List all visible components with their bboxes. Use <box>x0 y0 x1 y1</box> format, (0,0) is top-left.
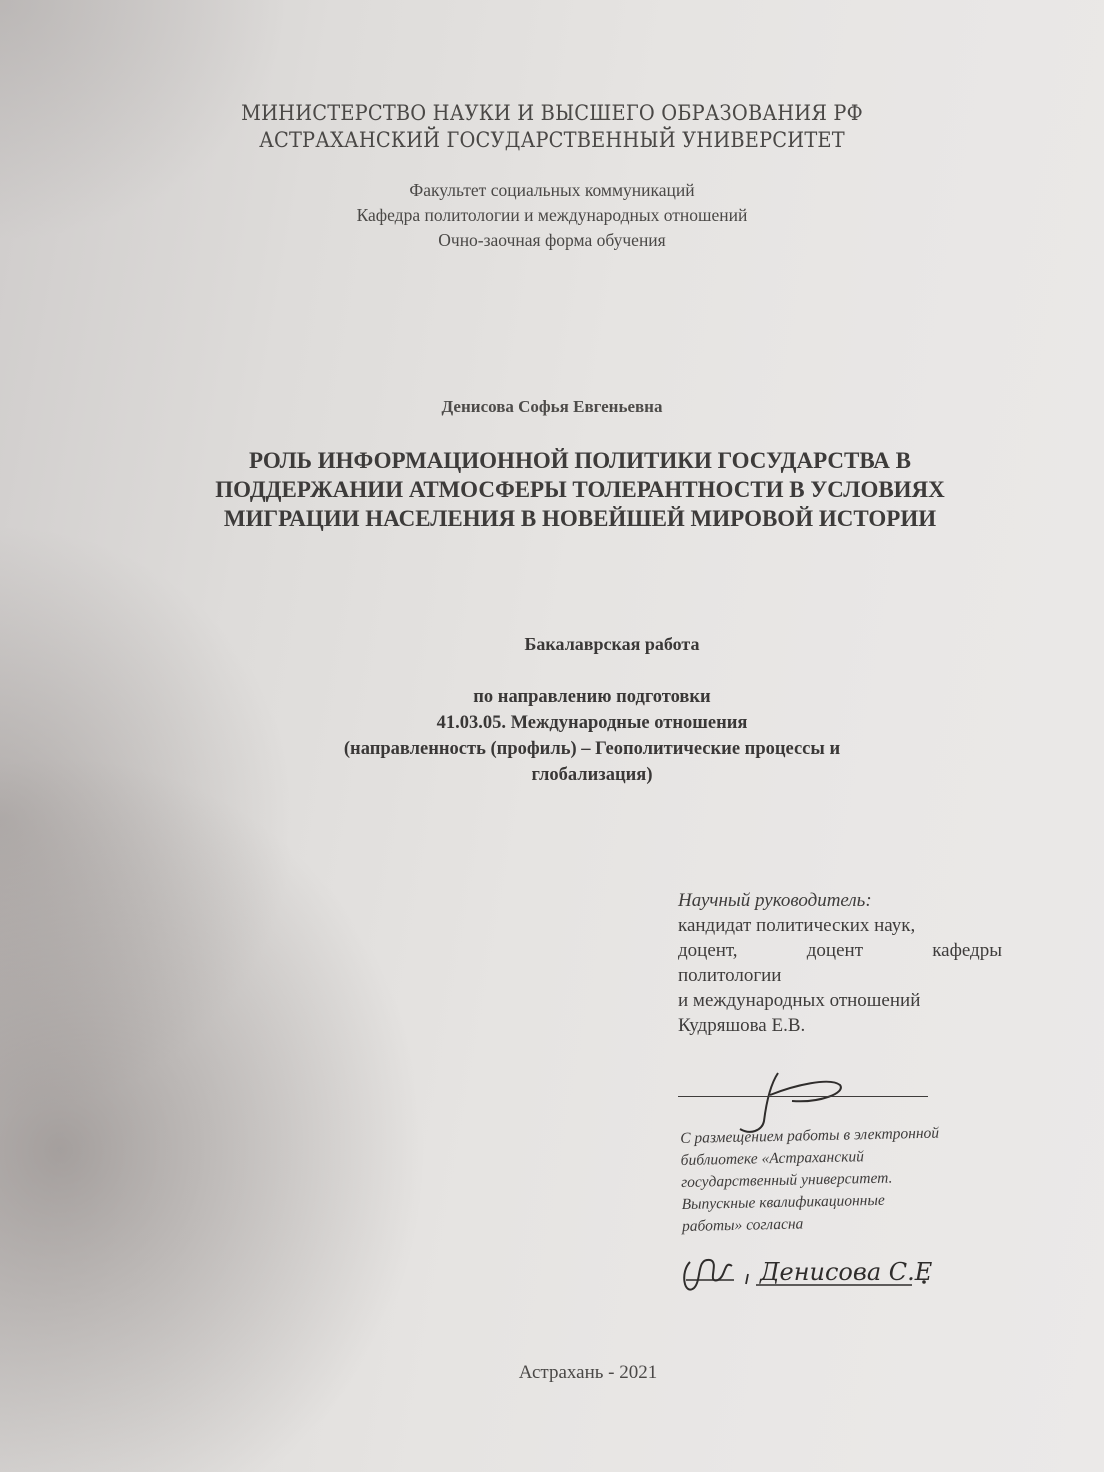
title-line: МИГРАЦИИ НАСЕЛЕНИЯ В НОВЕЙШЕЙ МИРОВОЙ ИС… <box>150 504 1010 533</box>
signature-line <box>678 1096 928 1097</box>
supervisor-position: доцент, доцент кафедры <box>678 938 1002 963</box>
supervisor-signature-icon <box>700 1055 860 1135</box>
faculty-line: Факультет социальных коммуникаций <box>0 178 1104 203</box>
author-name: Денисова Софья Евгеньевна <box>0 397 1104 417</box>
ministry-line: МИНИСТЕРСТВО НАУКИ И ВЫСШЕГО ОБРАЗОВАНИЯ… <box>55 100 1049 127</box>
svg-text:Денисова С.Е: Денисова С.Е <box>759 1258 933 1286</box>
direction-profile-end: глобализация) <box>40 762 1104 788</box>
supervisor-label: Научный руководитель: <box>678 888 1002 913</box>
title-line: РОЛЬ ИНФОРМАЦИОННОЙ ПОЛИТИКИ ГОСУДАРСТВА… <box>150 446 1010 475</box>
university-line: АСТРАХАНСКИЙ ГОСУДАРСТВЕННЫЙ УНИВЕРСИТЕТ <box>55 127 1049 154</box>
title-line: ПОДДЕРЖАНИИ АТМОСФЕРЫ ТОЛЕРАНТНОСТИ В УС… <box>150 475 1010 504</box>
direction-profile: (направленность (профиль) – Геополитичес… <box>40 736 1104 762</box>
direction-line: по направлению подготовки <box>40 684 1104 710</box>
study-form-line: Очно-заочная форма обучения <box>0 228 1104 253</box>
supervisor-block: Научный руководитель: кандидат политичес… <box>678 888 1002 1038</box>
ministry-header: МИНИСТЕРСТВО НАУКИ И ВЫСШЕГО ОБРАЗОВАНИЯ… <box>55 100 1049 154</box>
department-line: Кафедра политологии и международных отно… <box>0 203 1104 228</box>
library-consent: С размещением работы в электронной библи… <box>680 1120 1042 1238</box>
direction-code: 41.03.05. Международные отношения <box>40 710 1104 736</box>
faculty-block: Факультет социальных коммуникаций Кафедр… <box>0 178 1104 253</box>
thesis-title: РОЛЬ ИНФОРМАЦИОННОЙ ПОЛИТИКИ ГОСУДАРСТВА… <box>150 446 1010 533</box>
work-type: Бакалаврская работа <box>60 634 1104 655</box>
supervisor-department-2: и международных отношений <box>678 988 1002 1013</box>
supervisor-name: Кудряшова Е.В. <box>678 1013 1002 1038</box>
city-year: Астрахань - 2021 <box>36 1362 1104 1384</box>
direction-block: по направлению подготовки 41.03.05. Межд… <box>40 684 1104 788</box>
supervisor-degree: кандидат политических наук, <box>678 913 1002 938</box>
supervisor-department-1: политологии <box>678 963 1002 988</box>
student-signature-icon: Денисова С.Е <box>676 1240 936 1310</box>
